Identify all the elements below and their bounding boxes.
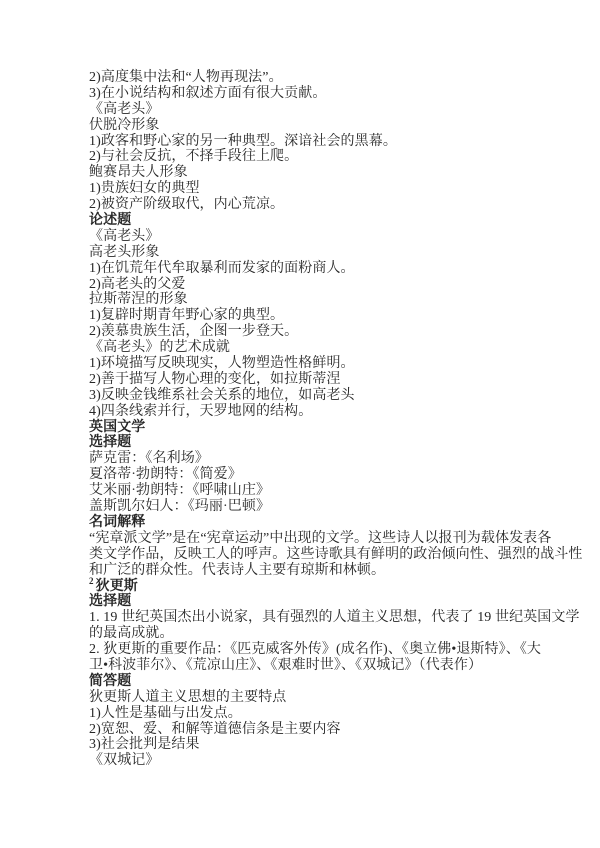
- text-line: 艾米丽·勃朗特：《呼啸山庄》: [89, 483, 549, 499]
- text-line: 1. 19 世纪英国杰出小说家，具有强烈的人道主义思想，代表了 19 世纪英国文…: [89, 610, 549, 626]
- text-line: “宪章派文学”是在“宪章运动”中出现的文学。这些诗人以报刊为载体发表各: [89, 531, 549, 547]
- text-line: 2)被资产阶级取代，内心荒凉。: [89, 197, 549, 213]
- heading-line: 简答题: [89, 674, 549, 690]
- text-line: 《高老头》的艺术成就: [89, 340, 549, 356]
- text-line: 3)社会批判是结果: [89, 737, 549, 753]
- text-line: 《高老头》: [89, 229, 549, 245]
- heading-line: 选择题: [89, 435, 549, 451]
- text-line: 1)政客和野心家的另一种典型。深谙社会的黑幕。: [89, 134, 549, 150]
- text-line: 和广泛的群众性。代表诗人主要有琼斯和林顿。: [89, 563, 549, 579]
- heading-line: 选择题: [89, 594, 549, 610]
- heading-line: 论述题: [89, 213, 549, 229]
- text-line: 《双城记》: [89, 753, 549, 769]
- text-line: 高老头形象: [89, 245, 549, 261]
- text-line: 狄更斯人道主义思想的主要特点: [89, 690, 549, 706]
- text-line: 2)高老头的父爱: [89, 277, 549, 293]
- document-page: 2)高度集中法和“人物再现法”。3)在小说结构和叙述方面有很大贡献。《高老头》伏…: [0, 0, 600, 848]
- text-line: 4)四条线索并行，天罗地网的结构。: [89, 404, 549, 420]
- text-line: 2)羡慕贵族生活，企图一步登天。: [89, 324, 549, 340]
- text-line: 2)与社会反抗，不择手段往上爬。: [89, 149, 549, 165]
- heading-line: 英国文学: [89, 420, 549, 436]
- document-content: 2)高度集中法和“人物再现法”。3)在小说结构和叙述方面有很大贡献。《高老头》伏…: [89, 70, 549, 769]
- text-line: 萨克雷：《名利场》: [89, 451, 549, 467]
- text-line: 2. 狄更斯的重要作品：《匹克威客外传》(成名作)、《奥立佛•退斯特》、《大: [89, 642, 549, 658]
- text-line: 类文学作品，反映工人的呼声。这些诗歌具有鲜明的政治倾向性、强烈的战斗性: [89, 547, 549, 563]
- text-line: 2)善于描写人物心理的变化，如拉斯蒂涅: [89, 372, 549, 388]
- heading-line: 名词解释: [89, 515, 549, 531]
- text-line: 3)反映金钱维系社会关系的地位，如高老头: [89, 388, 549, 404]
- text-line: 夏洛蒂·勃朗特：《简爱》: [89, 467, 549, 483]
- text-line: 的最高成就。: [89, 626, 549, 642]
- text-line: 2)宽恕、爱、和解等道德信条是主要内容: [89, 722, 549, 738]
- text-line: 1)贵族妇女的典型: [89, 181, 549, 197]
- text-line: 1)复辟时期青年野心家的典型。: [89, 308, 549, 324]
- text-line: 伏脱冷形象: [89, 118, 549, 134]
- heading-line: 2狄更斯: [89, 579, 549, 595]
- text-line: 卫•科波菲尔》、《荒凉山庄》、《艰难时世》、《双城记》（代表作）: [89, 658, 549, 674]
- text-line: 2)高度集中法和“人物再现法”。: [89, 70, 549, 86]
- text-line: 鲍赛昂夫人形象: [89, 165, 549, 181]
- superscript-marker: 2: [89, 576, 94, 586]
- text-line: 1)人性是基础与出发点。: [89, 706, 549, 722]
- text-line: 拉斯蒂涅的形象: [89, 292, 549, 308]
- text-line: 盖斯凯尔妇人：《玛丽·巴顿》: [89, 499, 549, 515]
- text-line: 《高老头》: [89, 102, 549, 118]
- text-line: 1)在饥荒年代牟取暴利而发家的面粉商人。: [89, 261, 549, 277]
- text-line: 3)在小说结构和叙述方面有很大贡献。: [89, 86, 549, 102]
- text-line: 1)环境描写反映现实，人物塑造性格鲜明。: [89, 356, 549, 372]
